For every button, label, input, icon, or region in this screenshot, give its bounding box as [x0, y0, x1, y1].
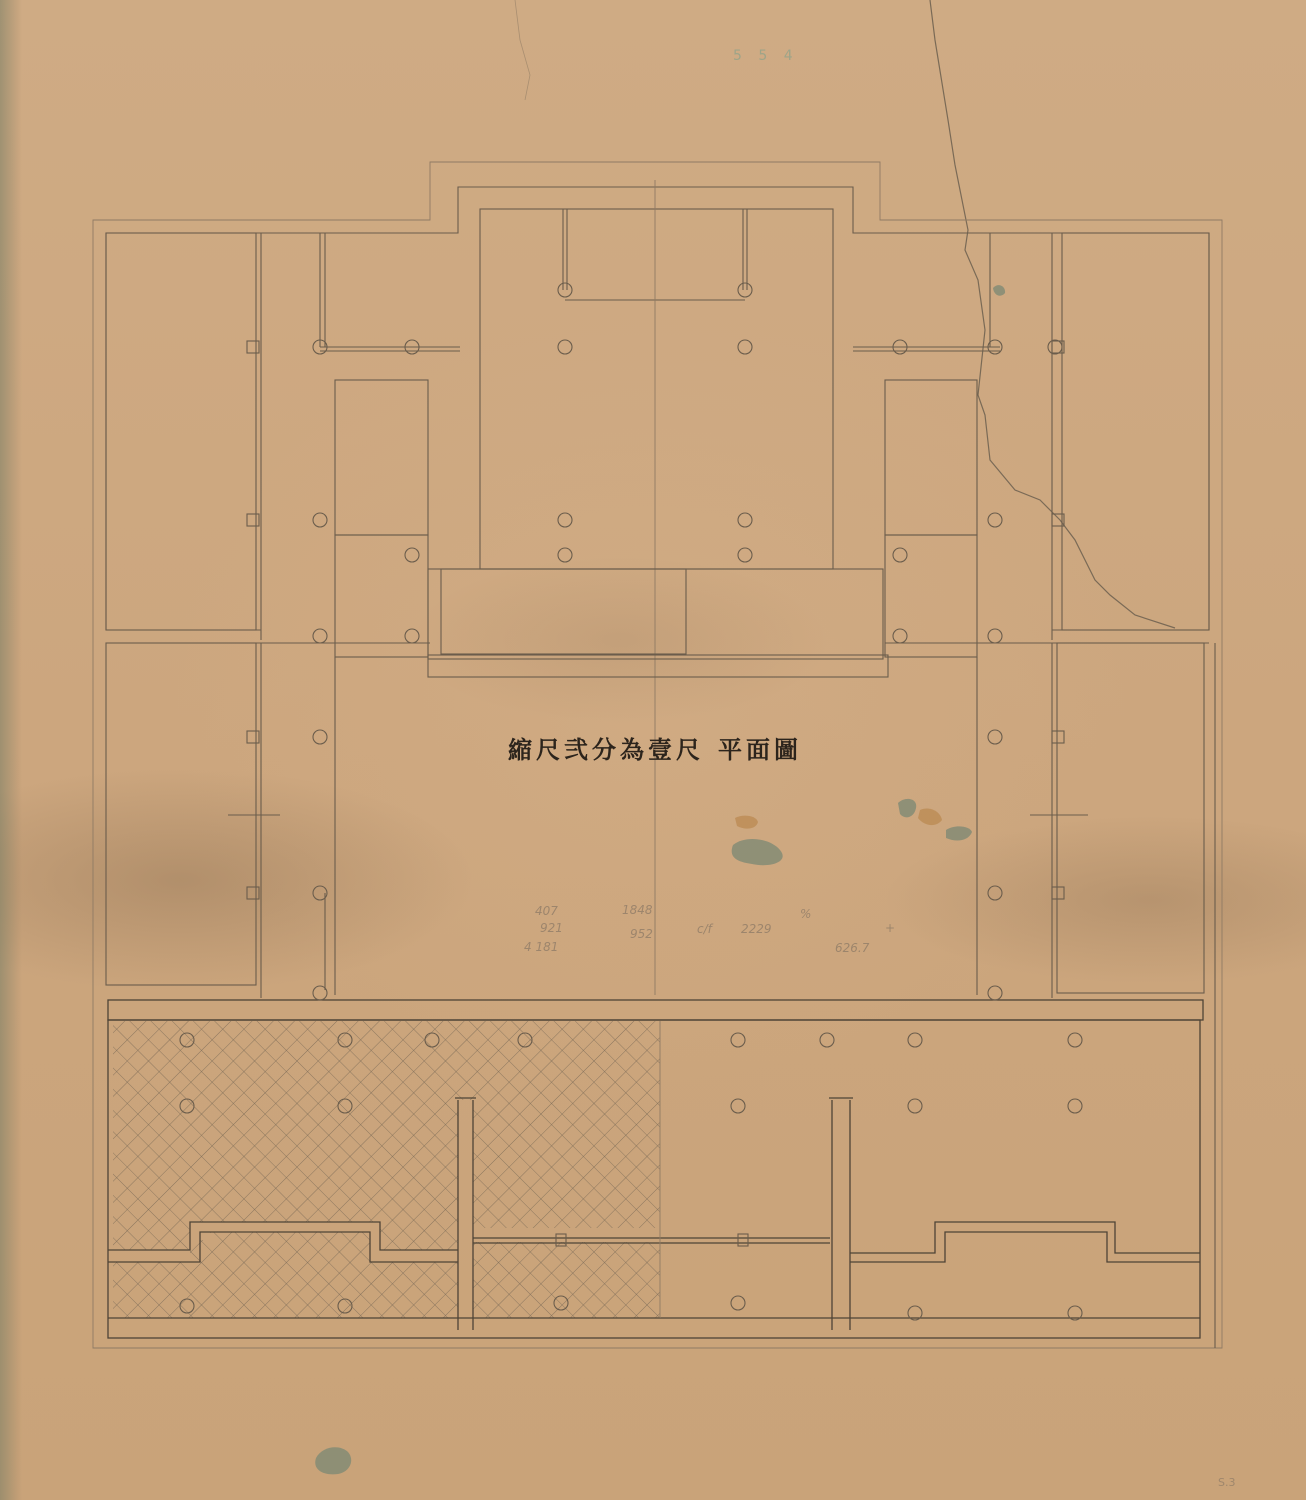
pencil-note: % — [800, 907, 811, 921]
column-marker — [405, 629, 419, 643]
column-marker — [313, 730, 327, 744]
column-marker — [988, 886, 1002, 900]
column-marker — [558, 283, 572, 297]
pencil-note: 1848 — [622, 903, 653, 917]
right-wing-upper — [853, 233, 1209, 657]
pencil-note: 921 — [540, 921, 563, 935]
column-marker — [738, 340, 752, 354]
column-marker — [893, 548, 907, 562]
drawing-title: 平面圖縮尺弐分為壹尺 — [512, 730, 802, 765]
central-hall — [428, 180, 888, 995]
column-marker — [908, 1099, 922, 1113]
column-marker — [731, 1099, 745, 1113]
title-scale-label: 縮尺弐分為壹尺 — [508, 730, 704, 765]
column-marker — [738, 513, 752, 527]
pencil-note: c/f — [697, 922, 714, 936]
pencil-note: 4 181 — [524, 940, 558, 954]
column-marker — [1048, 340, 1062, 354]
column-marker — [558, 548, 572, 562]
pencil-note: 952 — [630, 927, 653, 941]
column-marker — [988, 986, 1002, 1000]
pencil-annotations: 4079214 1811848952c/f2229%626.7+ — [524, 903, 895, 955]
pencil-note: 2229 — [741, 922, 772, 936]
title-view-label: 平面圖 — [718, 730, 802, 765]
column-marker — [738, 283, 752, 297]
square-pier-marker — [247, 341, 259, 353]
square-pier-markers — [247, 341, 1064, 899]
pencil-note: + — [885, 921, 895, 935]
lower-block — [108, 1000, 1203, 1338]
paper-crack — [515, 0, 1175, 628]
column-marker — [558, 513, 572, 527]
column-marker — [908, 1033, 922, 1047]
square-pier-marker — [247, 731, 259, 743]
square-pier-marker — [247, 514, 259, 526]
column-marker — [1068, 1033, 1082, 1047]
square-pier-marker — [1052, 731, 1064, 743]
pencil-note: 626.7 — [835, 941, 870, 955]
column-marker — [313, 513, 327, 527]
column-marker — [313, 629, 327, 643]
column-marker — [738, 548, 752, 562]
pencil-note: 407 — [535, 904, 558, 918]
corner-pencil-mark: S.3 — [1218, 1476, 1235, 1489]
column-marker — [893, 629, 907, 643]
column-marker — [405, 548, 419, 562]
column-marker — [731, 1296, 745, 1310]
column-marker — [820, 1033, 834, 1047]
column-marker — [988, 730, 1002, 744]
square-pier-marker — [247, 887, 259, 899]
column-marker — [988, 629, 1002, 643]
column-marker — [558, 340, 572, 354]
column-marker — [313, 986, 327, 1000]
column-marker — [731, 1033, 745, 1047]
lattice-floor-area — [113, 1021, 660, 1250]
left-wing-upper — [106, 233, 460, 657]
drawing-sheet: 5 5 4 — [0, 0, 1306, 1500]
column-marker — [988, 513, 1002, 527]
column-marker — [1068, 1099, 1082, 1113]
square-pier-marker — [1052, 887, 1064, 899]
hex-tile-floor — [441, 569, 686, 654]
